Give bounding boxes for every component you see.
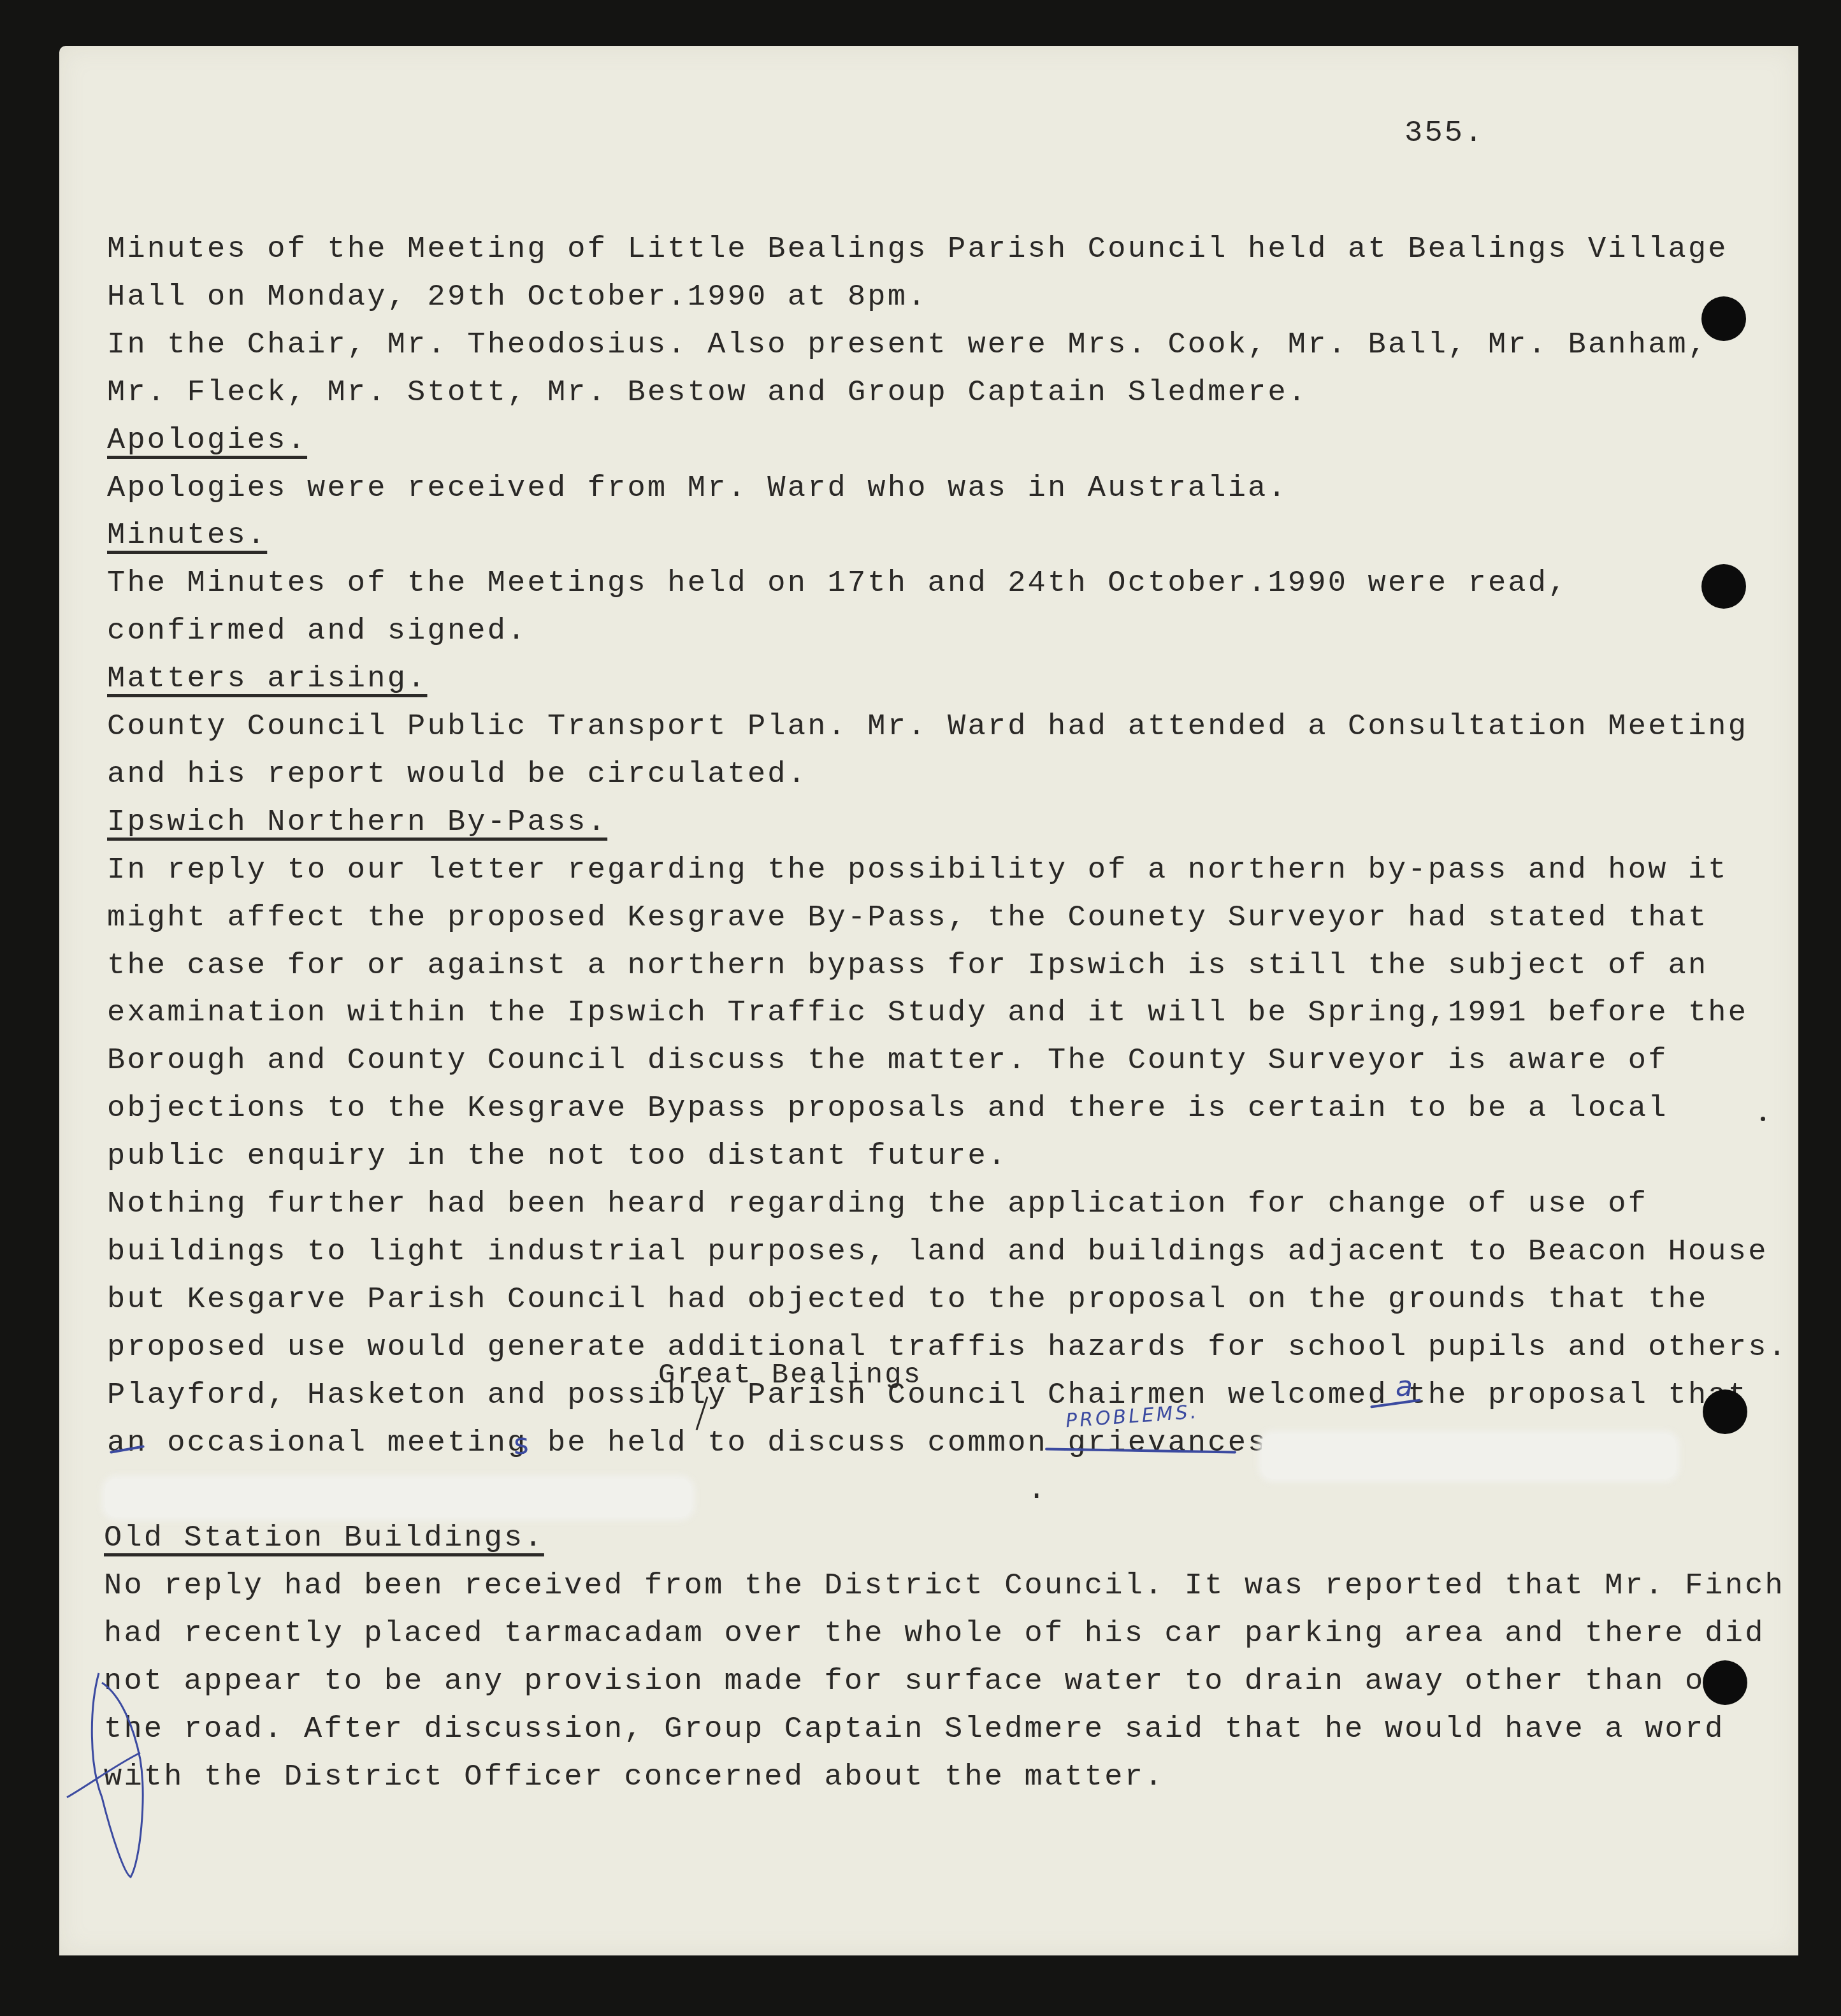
handwritten-s: s (514, 1426, 529, 1461)
text-line: Apologies were received from Mr. Ward wh… (107, 470, 1288, 508)
text-line: had recently placed tarmacadam over the … (104, 1615, 1765, 1653)
text-line: confirmed and signed. (107, 613, 528, 651)
text-line: Playford, Hasketon and possibly Parish C… (107, 1377, 1748, 1415)
text-line: with the District Officer concerned abou… (104, 1759, 1164, 1797)
binder-hole (1703, 1660, 1747, 1705)
text-line: County Council Public Transport Plan. Mr… (107, 708, 1748, 746)
text-line: Borough and County Council discuss the m… (107, 1042, 1668, 1080)
text-line: but Kesgarve Parish Council had objected… (107, 1281, 1708, 1319)
section-heading: Apologies. (107, 422, 307, 460)
page-number: 355. (1404, 115, 1485, 153)
section-heading: Ipswich Northern By-Pass. (107, 804, 607, 842)
binder-hole (1701, 296, 1746, 341)
text-line: and his report would be circulated. (107, 756, 807, 794)
section-heading: Minutes. (107, 517, 267, 555)
text-line: No reply had been received from the Dist… (104, 1567, 1785, 1606)
text-line: examination within the Ipswich Traffic S… (107, 994, 1748, 1033)
handwritten-a: a (1396, 1370, 1413, 1403)
text-line: public enquiry in the not too distant fu… (107, 1138, 1007, 1176)
text-line: the case for or against a northern bypas… (107, 947, 1708, 985)
text-line: buildings to light industrial purposes, … (107, 1233, 1768, 1272)
text-line: proposed use would generate additional t… (107, 1329, 1788, 1367)
section-heading: Old Station Buildings. (104, 1519, 544, 1558)
correction-fluid-patch (105, 1479, 691, 1517)
correction-fluid-patch (1262, 1434, 1676, 1479)
section-heading: Matters arising. (107, 660, 427, 699)
text-line: objections to the Kesgrave Bypass propos… (107, 1090, 1668, 1128)
text-line: Nothing further had been heard regarding… (107, 1186, 1648, 1224)
binder-hole (1703, 1389, 1747, 1434)
text-line: In reply to our letter regarding the pos… (107, 852, 1728, 890)
text-line: The Minutes of the Meetings held on 17th… (107, 565, 1568, 603)
text-line: the road. After discussion, Group Captai… (104, 1711, 1725, 1749)
typed-insertion-great-bealings: Great Bealings (658, 1356, 922, 1395)
text-line: Hall on Monday, 29th October.1990 at 8pm… (107, 279, 928, 317)
paper-speck (1761, 1117, 1765, 1121)
text-line: Minutes of the Meeting of Little Bealing… (107, 231, 1728, 269)
text-line: In the Chair, Mr. Theodosius. Also prese… (107, 326, 1708, 365)
margin-pen-mark (64, 1670, 191, 1880)
binder-hole (1701, 564, 1746, 609)
text-line: might affect the proposed Kesgrave By-Pa… (107, 899, 1708, 938)
text-line: not appear to be any provision made for … (104, 1663, 1725, 1701)
text-line: Mr. Fleck, Mr. Stott, Mr. Bestow and Gro… (107, 374, 1308, 412)
